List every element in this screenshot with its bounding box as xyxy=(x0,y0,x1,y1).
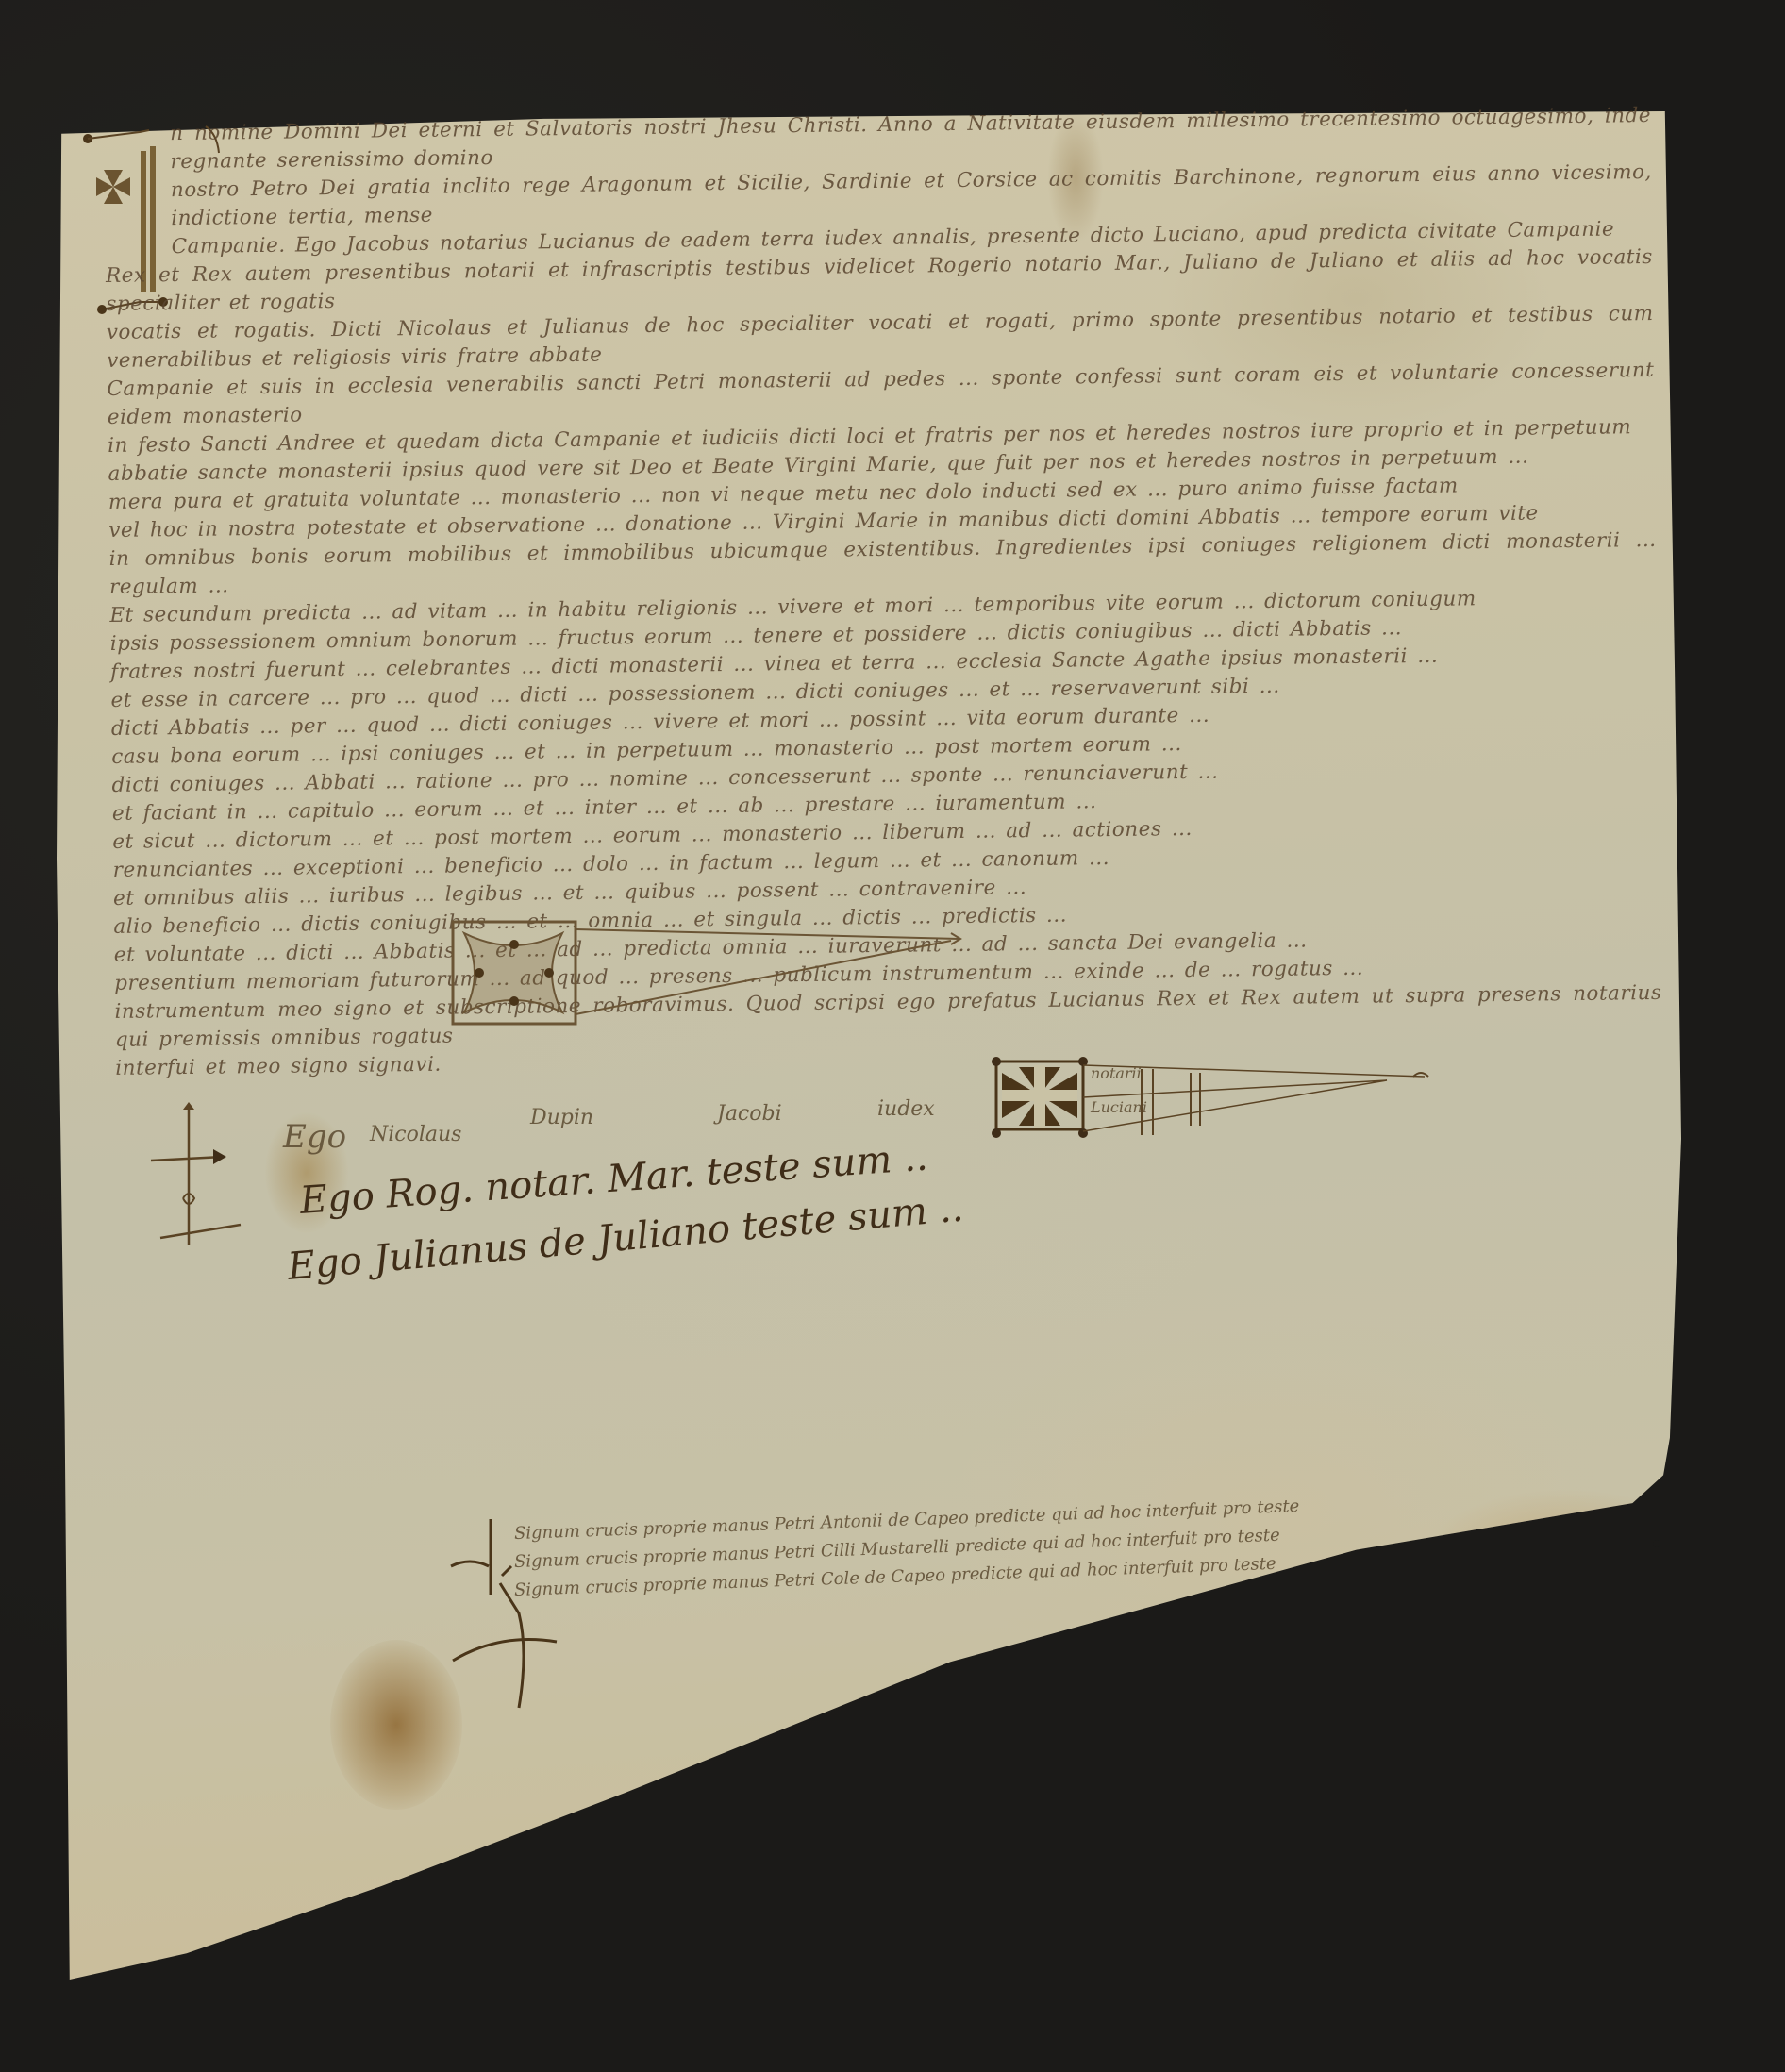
judge-subscription-surname: Dupin xyxy=(530,1106,593,1129)
notarial-signum-2-icon xyxy=(991,1052,1434,1156)
judge-subscription-patronym: Jacobi xyxy=(717,1102,782,1126)
parchment-hole xyxy=(1653,1540,1660,1547)
foxing-stain-bottom xyxy=(330,1640,462,1810)
witness-cross-icon xyxy=(151,1104,245,1293)
judge-subscription-ego: Ego xyxy=(283,1118,346,1156)
signum-label-luciani: Luciani xyxy=(1091,1098,1147,1116)
judge-subscription-title: iudex xyxy=(877,1097,935,1121)
bottom-cross-icon xyxy=(443,1519,576,1708)
notarial-signum-1-icon xyxy=(451,920,979,1052)
judge-subscription-name: Nicolaus xyxy=(370,1123,461,1146)
signum-label-notarii: notarii xyxy=(1091,1064,1142,1082)
